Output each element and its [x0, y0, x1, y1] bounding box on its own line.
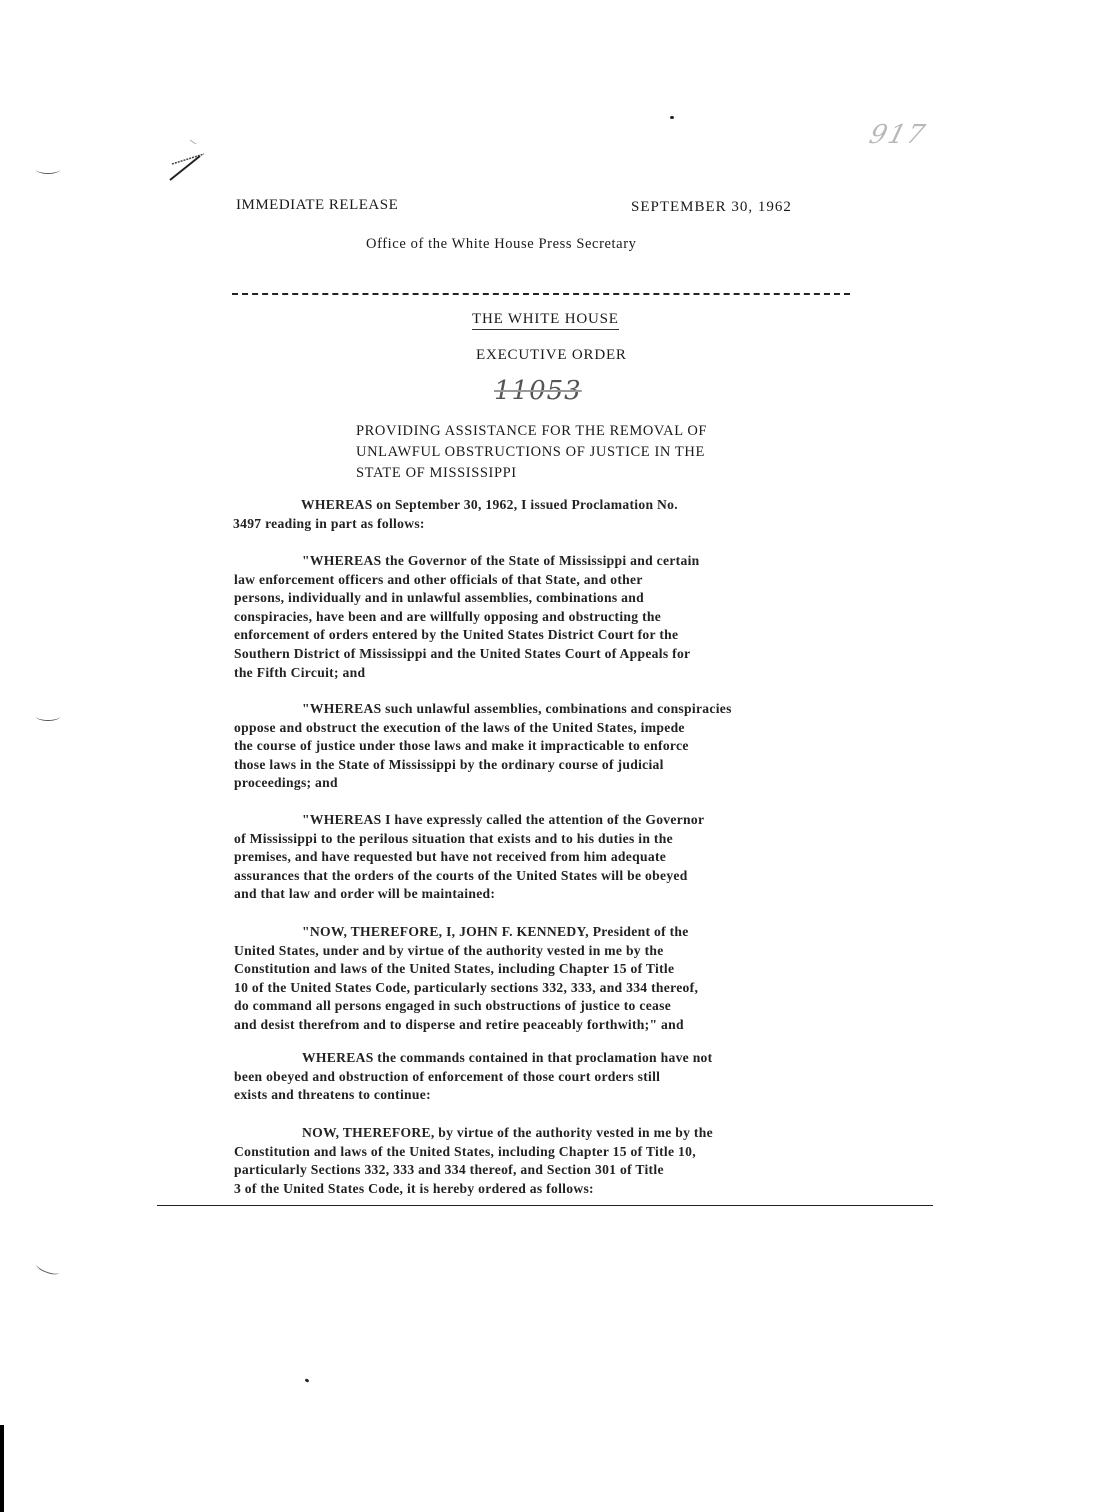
paragraph-whereas-attention: "WHEREAS I have expressly called the att…	[234, 811, 704, 904]
paragraph-line: premises, and have requested but have no…	[234, 848, 704, 867]
paragraph-line: the Fifth Circuit; and	[234, 664, 700, 683]
paragraph-whereas-commands: WHEREAS the commands contained in that p…	[234, 1049, 713, 1105]
handwritten-page-note: 917	[866, 120, 930, 150]
paragraph-now-therefore-order: NOW, THEREFORE, by virtue of the authori…	[234, 1124, 713, 1198]
scan-mark-icon	[36, 165, 60, 174]
paragraph-line: 10 of the United States Code, particular…	[234, 979, 698, 998]
paragraph-line: Constitution and laws of the United Stat…	[234, 960, 698, 979]
paragraph-line: exists and threatens to continue:	[234, 1086, 713, 1105]
paragraph-line: conspiracies, have been and are willfull…	[234, 608, 700, 627]
bottom-divider	[157, 1205, 933, 1206]
paragraph-whereas-governor: "WHEREAS the Governor of the State of Mi…	[234, 552, 700, 682]
document-page: 917 IMMEDIATE RELEASE SEPTEMBER 30, 1962…	[0, 0, 1100, 1512]
paragraph-line: the course of justice under those laws a…	[234, 737, 732, 756]
paragraph-line: proceedings; and	[234, 774, 732, 793]
subject-line: UNLAWFUL OBSTRUCTIONS OF JUSTICE IN THE	[356, 442, 707, 463]
handwritten-check-mark-icon	[160, 130, 220, 190]
paragraph-line: Constitution and laws of the United Stat…	[234, 1143, 713, 1162]
paragraph-line: particularly Sections 332, 333 and 334 t…	[234, 1161, 713, 1180]
paragraph-proclamation-reference: WHEREAS on September 30, 1962, I issued …	[233, 496, 678, 533]
paragraph-line: of Mississippi to the perilous situation…	[234, 830, 704, 849]
order-number: 11053	[494, 376, 582, 406]
subject-line: STATE OF MISSISSIPPI	[356, 463, 707, 484]
paragraph-line: law enforcement officers and other offic…	[234, 571, 700, 590]
paragraph-whereas-assemblies: "WHEREAS such unlawful assemblies, combi…	[234, 700, 732, 793]
scan-dot-icon	[305, 1378, 310, 1383]
paragraph-line: WHEREAS on September 30, 1962, I issued …	[233, 496, 678, 515]
scan-mark-icon	[36, 712, 60, 721]
paragraph-line: Southern District of Mississippi and the…	[234, 645, 700, 664]
paragraph-line: "NOW, THEREFORE, I, JOHN F. KENNEDY, Pre…	[234, 923, 698, 942]
subject-line: PROVIDING ASSISTANCE FOR THE REMOVAL OF	[356, 421, 707, 442]
paragraph-line: enforcement of orders entered by the Uni…	[234, 626, 700, 645]
paragraph-line: United States, under and by virtue of th…	[234, 942, 698, 961]
institution-heading: THE WHITE HOUSE	[472, 311, 619, 330]
document-type-heading: EXECUTIVE ORDER	[476, 347, 627, 364]
paragraph-line: 3 of the United States Code, it is hereb…	[234, 1180, 713, 1199]
order-subject: PROVIDING ASSISTANCE FOR THE REMOVAL OF …	[356, 421, 707, 484]
scan-edge-bar	[0, 1425, 4, 1512]
paragraph-line: and that law and order will be maintaine…	[234, 885, 704, 904]
paragraph-line: do command all persons engaged in such o…	[234, 997, 698, 1016]
paragraph-line: those laws in the State of Mississippi b…	[234, 756, 732, 775]
paragraph-line: WHEREAS the commands contained in that p…	[234, 1049, 713, 1068]
paragraph-line: persons, individually and in unlawful as…	[234, 589, 700, 608]
release-label: IMMEDIATE RELEASE	[236, 197, 398, 214]
paragraph-line: 3497 reading in part as follows:	[233, 515, 678, 534]
paragraph-line: been obeyed and obstruction of enforceme…	[234, 1068, 713, 1087]
paragraph-line: and desist therefrom and to disperse and…	[234, 1016, 698, 1035]
paragraph-line: "WHEREAS I have expressly called the att…	[234, 811, 704, 830]
scan-dot-icon	[670, 116, 674, 119]
dashed-divider	[232, 293, 850, 295]
release-date: SEPTEMBER 30, 1962	[631, 199, 792, 216]
scan-mark-icon	[35, 1260, 61, 1277]
paragraph-line: "WHEREAS the Governor of the State of Mi…	[234, 552, 700, 571]
paragraph-line: oppose and obstruct the execution of the…	[234, 719, 732, 738]
paragraph-line: assurances that the orders of the courts…	[234, 867, 704, 886]
paragraph-line: NOW, THEREFORE, by virtue of the authori…	[234, 1124, 713, 1143]
paragraph-now-therefore-quoted: "NOW, THEREFORE, I, JOHN F. KENNEDY, Pre…	[234, 923, 698, 1035]
issuing-office: Office of the White House Press Secretar…	[366, 236, 636, 253]
paragraph-line: "WHEREAS such unlawful assemblies, combi…	[234, 700, 732, 719]
